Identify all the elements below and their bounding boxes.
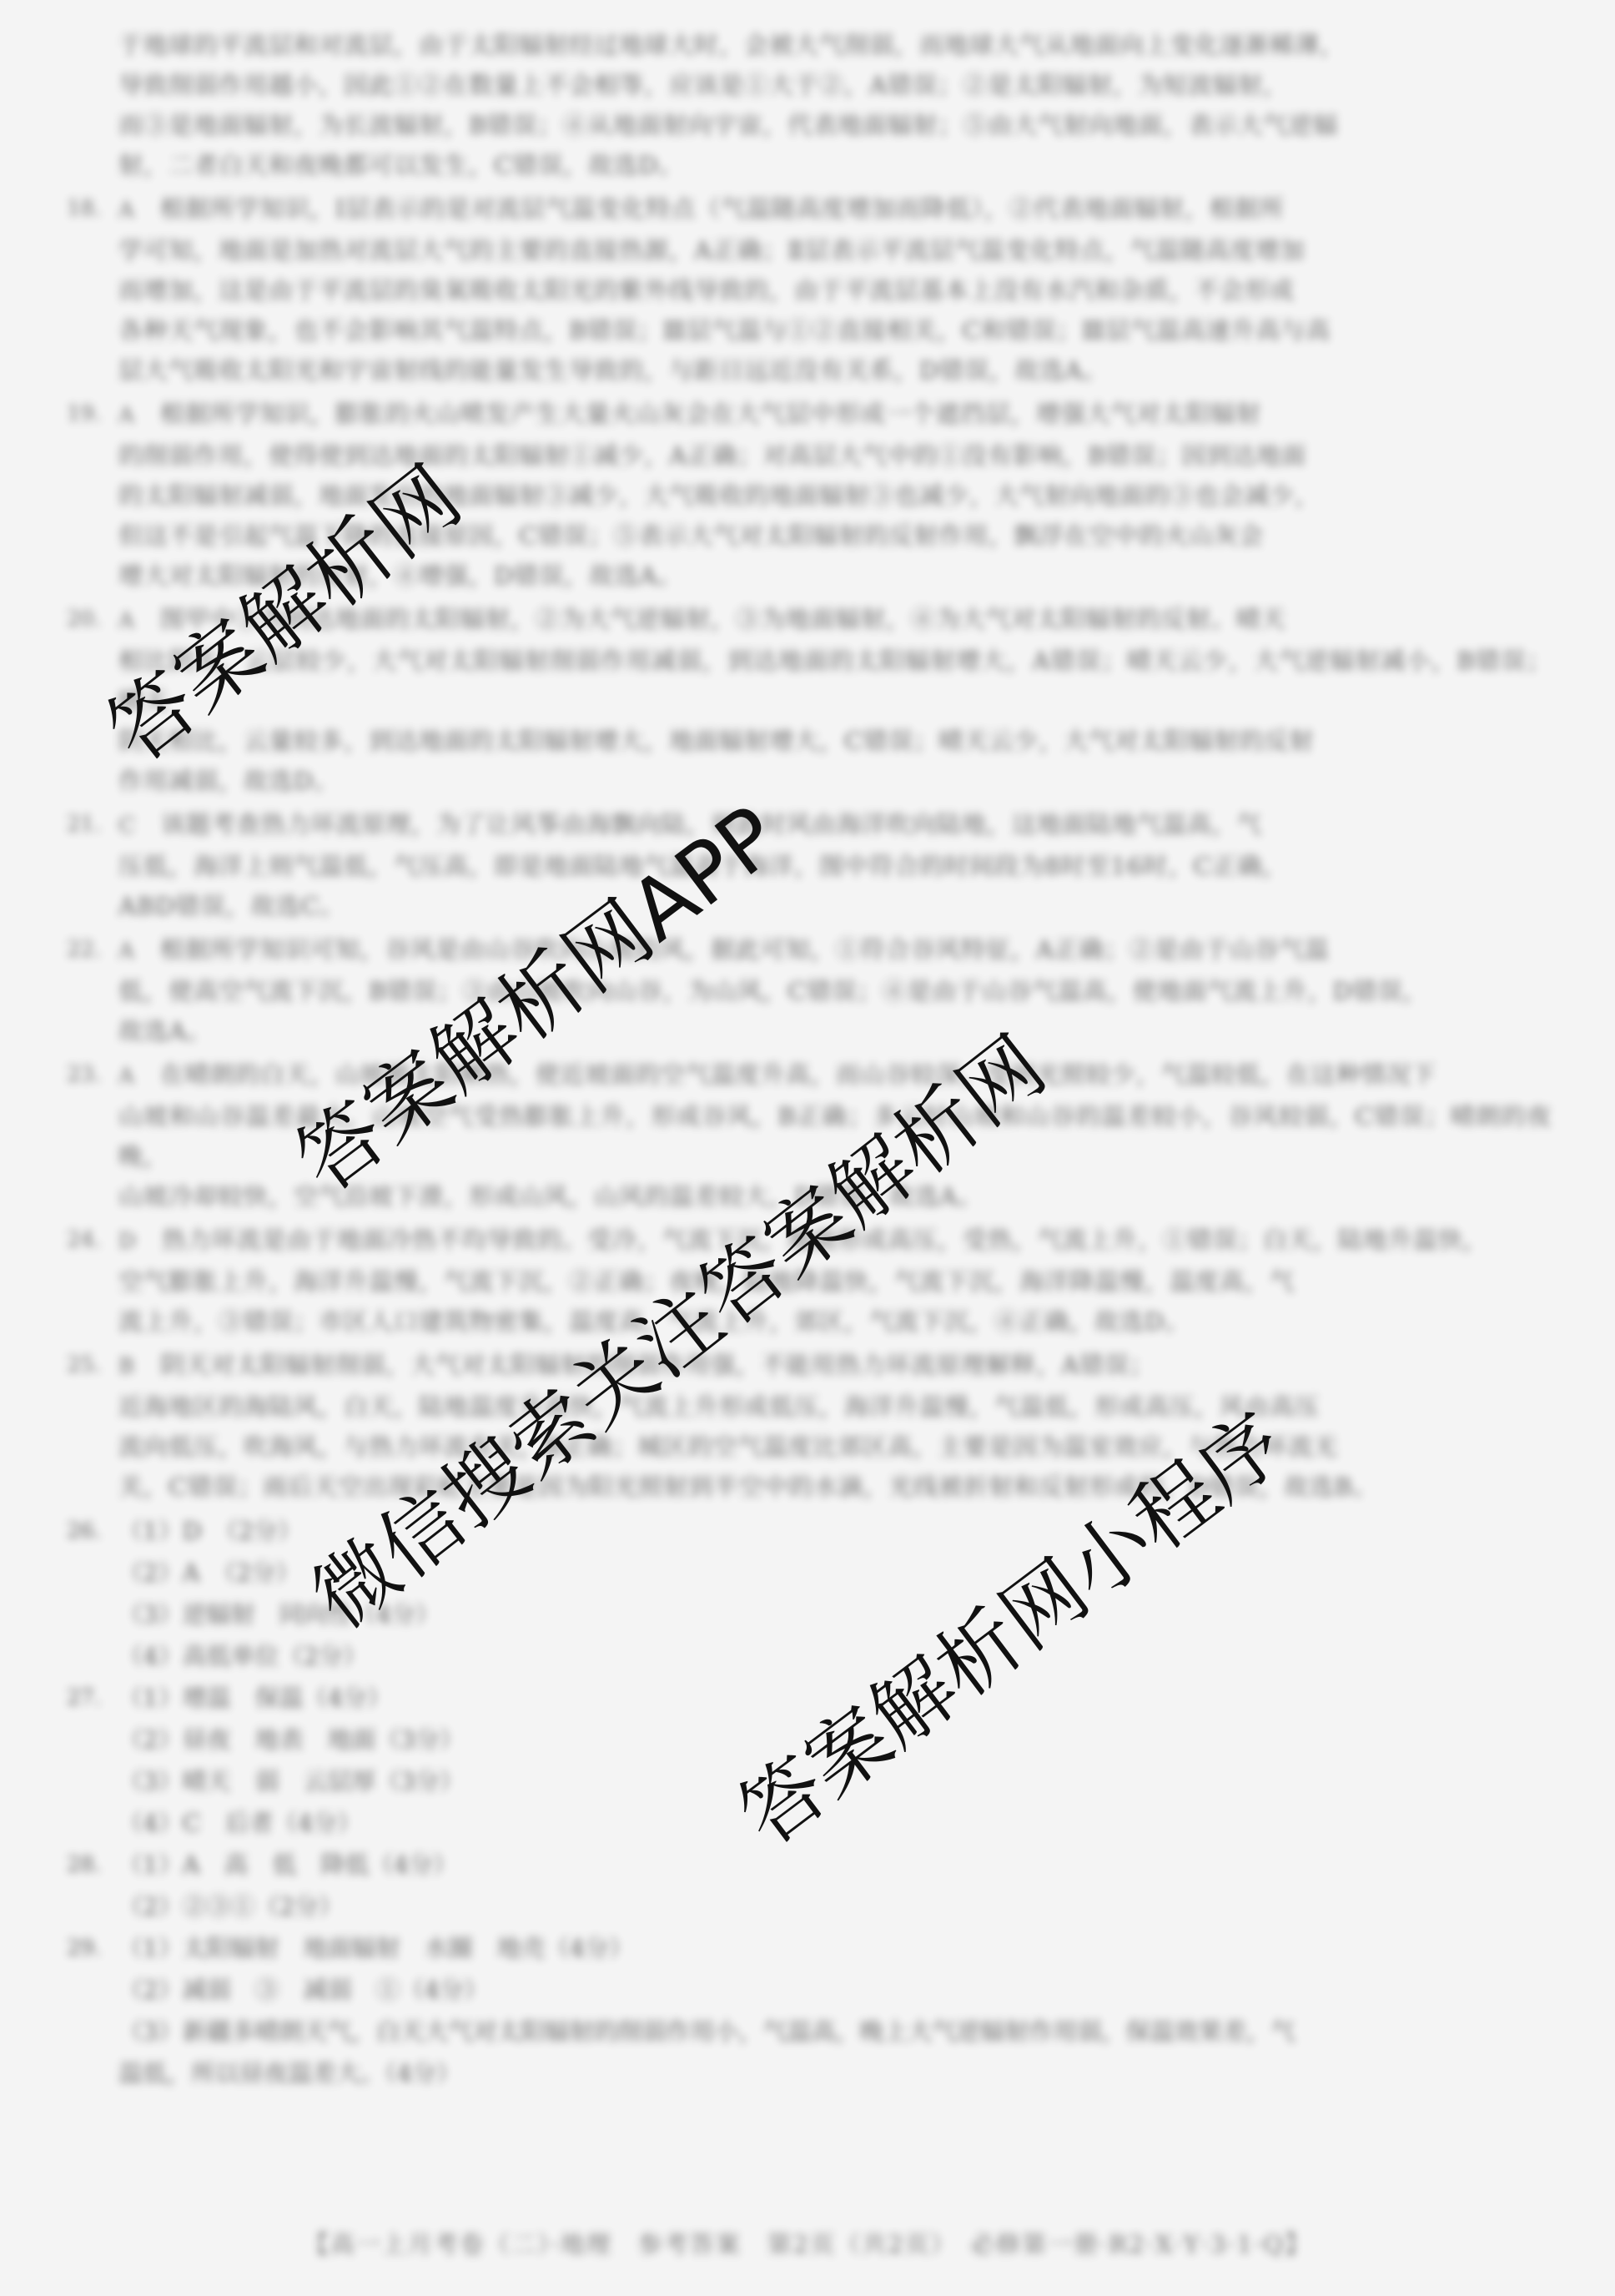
answer-letter: A xyxy=(118,198,135,223)
text-line: 阴天相比，云量较多，到达地面的太阳辐射增大，地面辐射增大，C错误；晴天云少，大气… xyxy=(118,721,1552,761)
text-line: 而③是地面辐射，为长波辐射，B错误；④从地面射向宇宙，代表地面辐射；⑤由大气射向… xyxy=(118,105,1552,145)
question-number: 18. xyxy=(67,189,118,390)
text-line: 作用减弱，故选D。 xyxy=(118,761,1552,801)
answer-item-21: 21. C 该题考查热力环流原理，为了让风筝由海飘向陆，则此时风由海洋吹向陆地，… xyxy=(67,804,1552,926)
subjective-item-27: 27. （1）增温 保温（4分） xyxy=(67,1677,1552,1719)
question-number: 23. xyxy=(67,1055,118,1216)
sub-answer: （3）新疆多晴朗天气，白天大气对太阳辐射的削弱作用小，气温高，晚上大气逆辐射作用… xyxy=(118,2011,1552,2052)
text-line: 流向低压，吹海风，与热力环流有关，B正确；城区的空气温度比郊区高，主要是因为温室… xyxy=(118,1427,1552,1467)
question-number: 21. xyxy=(67,804,118,926)
question-number: 25. xyxy=(67,1345,118,1507)
text-line: 学可知，地面是加热对流层大气的主要的直接热源，A正确；Ⅱ层表示平流层气温变化特点… xyxy=(118,230,1552,270)
answer-letter: C xyxy=(118,813,136,838)
question-number: 26. xyxy=(67,1510,118,1552)
text-line: 的太阳辐射减弱，地面发出的地面辐射③减少，大气吸收的地面辐射③也减少，大气射向地… xyxy=(118,476,1552,516)
text-line: ABD错误，故选C。 xyxy=(118,886,1552,926)
page-footer: 【高一上月考卷（二）·地理 参考答案 第2页（共2页） 必修第一册·R2·X·Y… xyxy=(0,2226,1615,2260)
intro-paragraph: 于地球的平流层和对流层，由于太阳辐射经过地球大时，会被大气削弱，而地球大气从地面… xyxy=(67,25,1552,185)
sub-answer: （1）A 高 低 降低（4分） xyxy=(118,1844,1552,1886)
document-page: 于地球的平流层和对流层，由于太阳辐射经过地球大时，会被大气削弱，而地球大气从地面… xyxy=(0,0,1615,2296)
sub-answer: （4）高低单位（2分） xyxy=(118,1635,1552,1677)
text-line: 导致削弱作用越小，因此①②在数量上不会相等，应该是①大于②，A错误；②是太阳辐射… xyxy=(118,65,1552,105)
text-line: 低，使高空气流下沉，B错误；③由山坡吹向山谷，为山风，C错误；④是由于山谷气温高… xyxy=(118,971,1552,1011)
question-number: 29. xyxy=(67,1927,118,1969)
answer-letter: A xyxy=(118,403,135,428)
text-line: 射，二者白天和夜晚都可以发生，C错误，故选D。 xyxy=(118,145,1552,185)
text-line: 各种天气现象，也不会影响其气温特点，B错误；Ⅲ层气温与①②直接相关，C和错误；Ⅲ… xyxy=(118,310,1552,350)
sub-answer: （2）减弱 ③ 减弱 ①（4分） xyxy=(118,1969,1552,2011)
subjective-item-29: 29. （1）太阳辐射 地面辐射 水圈 地壳（4分） xyxy=(67,1927,1552,1969)
subjective-item-26: 26. （1）D （2分） xyxy=(67,1510,1552,1552)
text-line: 近海地区的海陆风，白天，陆地温度升高快，气流上升形成低压，海洋升温慢，气温低，形… xyxy=(118,1387,1552,1427)
answer-item-25: 25. B 阴天对太阳辐射削弱，大气对太阳辐射的削弱作用强，不能用热力环流原理解… xyxy=(67,1345,1552,1507)
text-line: 流上升，③错误；市区人口建筑物密集，温度高，气流上升，郊区，气流下沉，④正确，故… xyxy=(118,1302,1552,1342)
text-line: 而增加，这是由于平流层的臭氧吸收太阳光的紫外线导致的，由于平流层基本上没有水汽和… xyxy=(118,270,1552,310)
text-line: 压低，海洋上则气温低，气压高，即是地面陆地气温高于海洋，图中符合的时间段为8时至… xyxy=(118,846,1552,886)
text-line: 根据所学知识可知，谷风是由山谷吹向山坡的风，据此可知，①符合谷风特征，A正确；②… xyxy=(160,935,1330,964)
answer-letter: A xyxy=(118,939,135,964)
text-line: 的削弱作用，使得使到达地面的太阳辐射①减少，A正确；对高层大气中的①没有影响，B… xyxy=(118,436,1552,476)
text-line: 关，C错误；雨后天空出现彩虹主要是因为阳光照射到半空中的水滴，光线被折射和反射形… xyxy=(118,1467,1552,1507)
answer-letter: A xyxy=(118,1064,135,1089)
question-number: 19. xyxy=(67,394,118,596)
sub-answer: （2）②③①（2分） xyxy=(118,1886,1552,1927)
subjective-item-28: 28. （1）A 高 低 降低（4分） xyxy=(67,1844,1552,1886)
text-line: 于地球的平流层和对流层，由于太阳辐射经过地球大时，会被大气削弱，而地球大气从地面… xyxy=(118,25,1552,65)
text-line: 根据所学知识，膨胀的火山喷发产生大量火山灰会在大气层中形成一个遮挡层，增强大气对… xyxy=(160,400,1261,428)
sub-answer: （1）太阳辐射 地面辐射 水圈 地壳（4分） xyxy=(118,1927,1552,1969)
text-line: 根据所学知识，Ⅰ层表示的是对流层气温变化特点（气温随高度增加而降低），②代表地面… xyxy=(160,194,1285,223)
question-number: 22. xyxy=(67,929,118,1051)
question-number: 28. xyxy=(67,1844,118,1886)
question-number: 27. xyxy=(67,1677,118,1719)
text-line: 层大气吸收太阳光和宇宙射线的能量发生导致的，与距日远近没有关系，D错误，故选A。 xyxy=(118,350,1552,390)
question-number: 24. xyxy=(67,1220,118,1342)
answer-letter: B xyxy=(118,1354,135,1379)
text-line: 故选A。 xyxy=(118,1011,1552,1051)
answer-item-18: 18. A 根据所学知识，Ⅰ层表示的是对流层气温变化特点（气温随高度增加而降低）… xyxy=(67,189,1552,390)
answer-letter: D xyxy=(118,1229,137,1254)
sub-answer: 温低，所以昼夜温差大。（4分） xyxy=(118,2052,1552,2094)
answer-letter: A xyxy=(118,608,135,633)
text-line: 相比阴天，云层较少，大气对太阳辐射削弱作用减弱，到达地面的太阳辐射增大，A错误；… xyxy=(118,641,1552,721)
answer-item-22: 22. A 根据所学知识可知，谷风是由山谷吹向山坡的风，据此可知，①符合谷风特征… xyxy=(67,929,1552,1051)
